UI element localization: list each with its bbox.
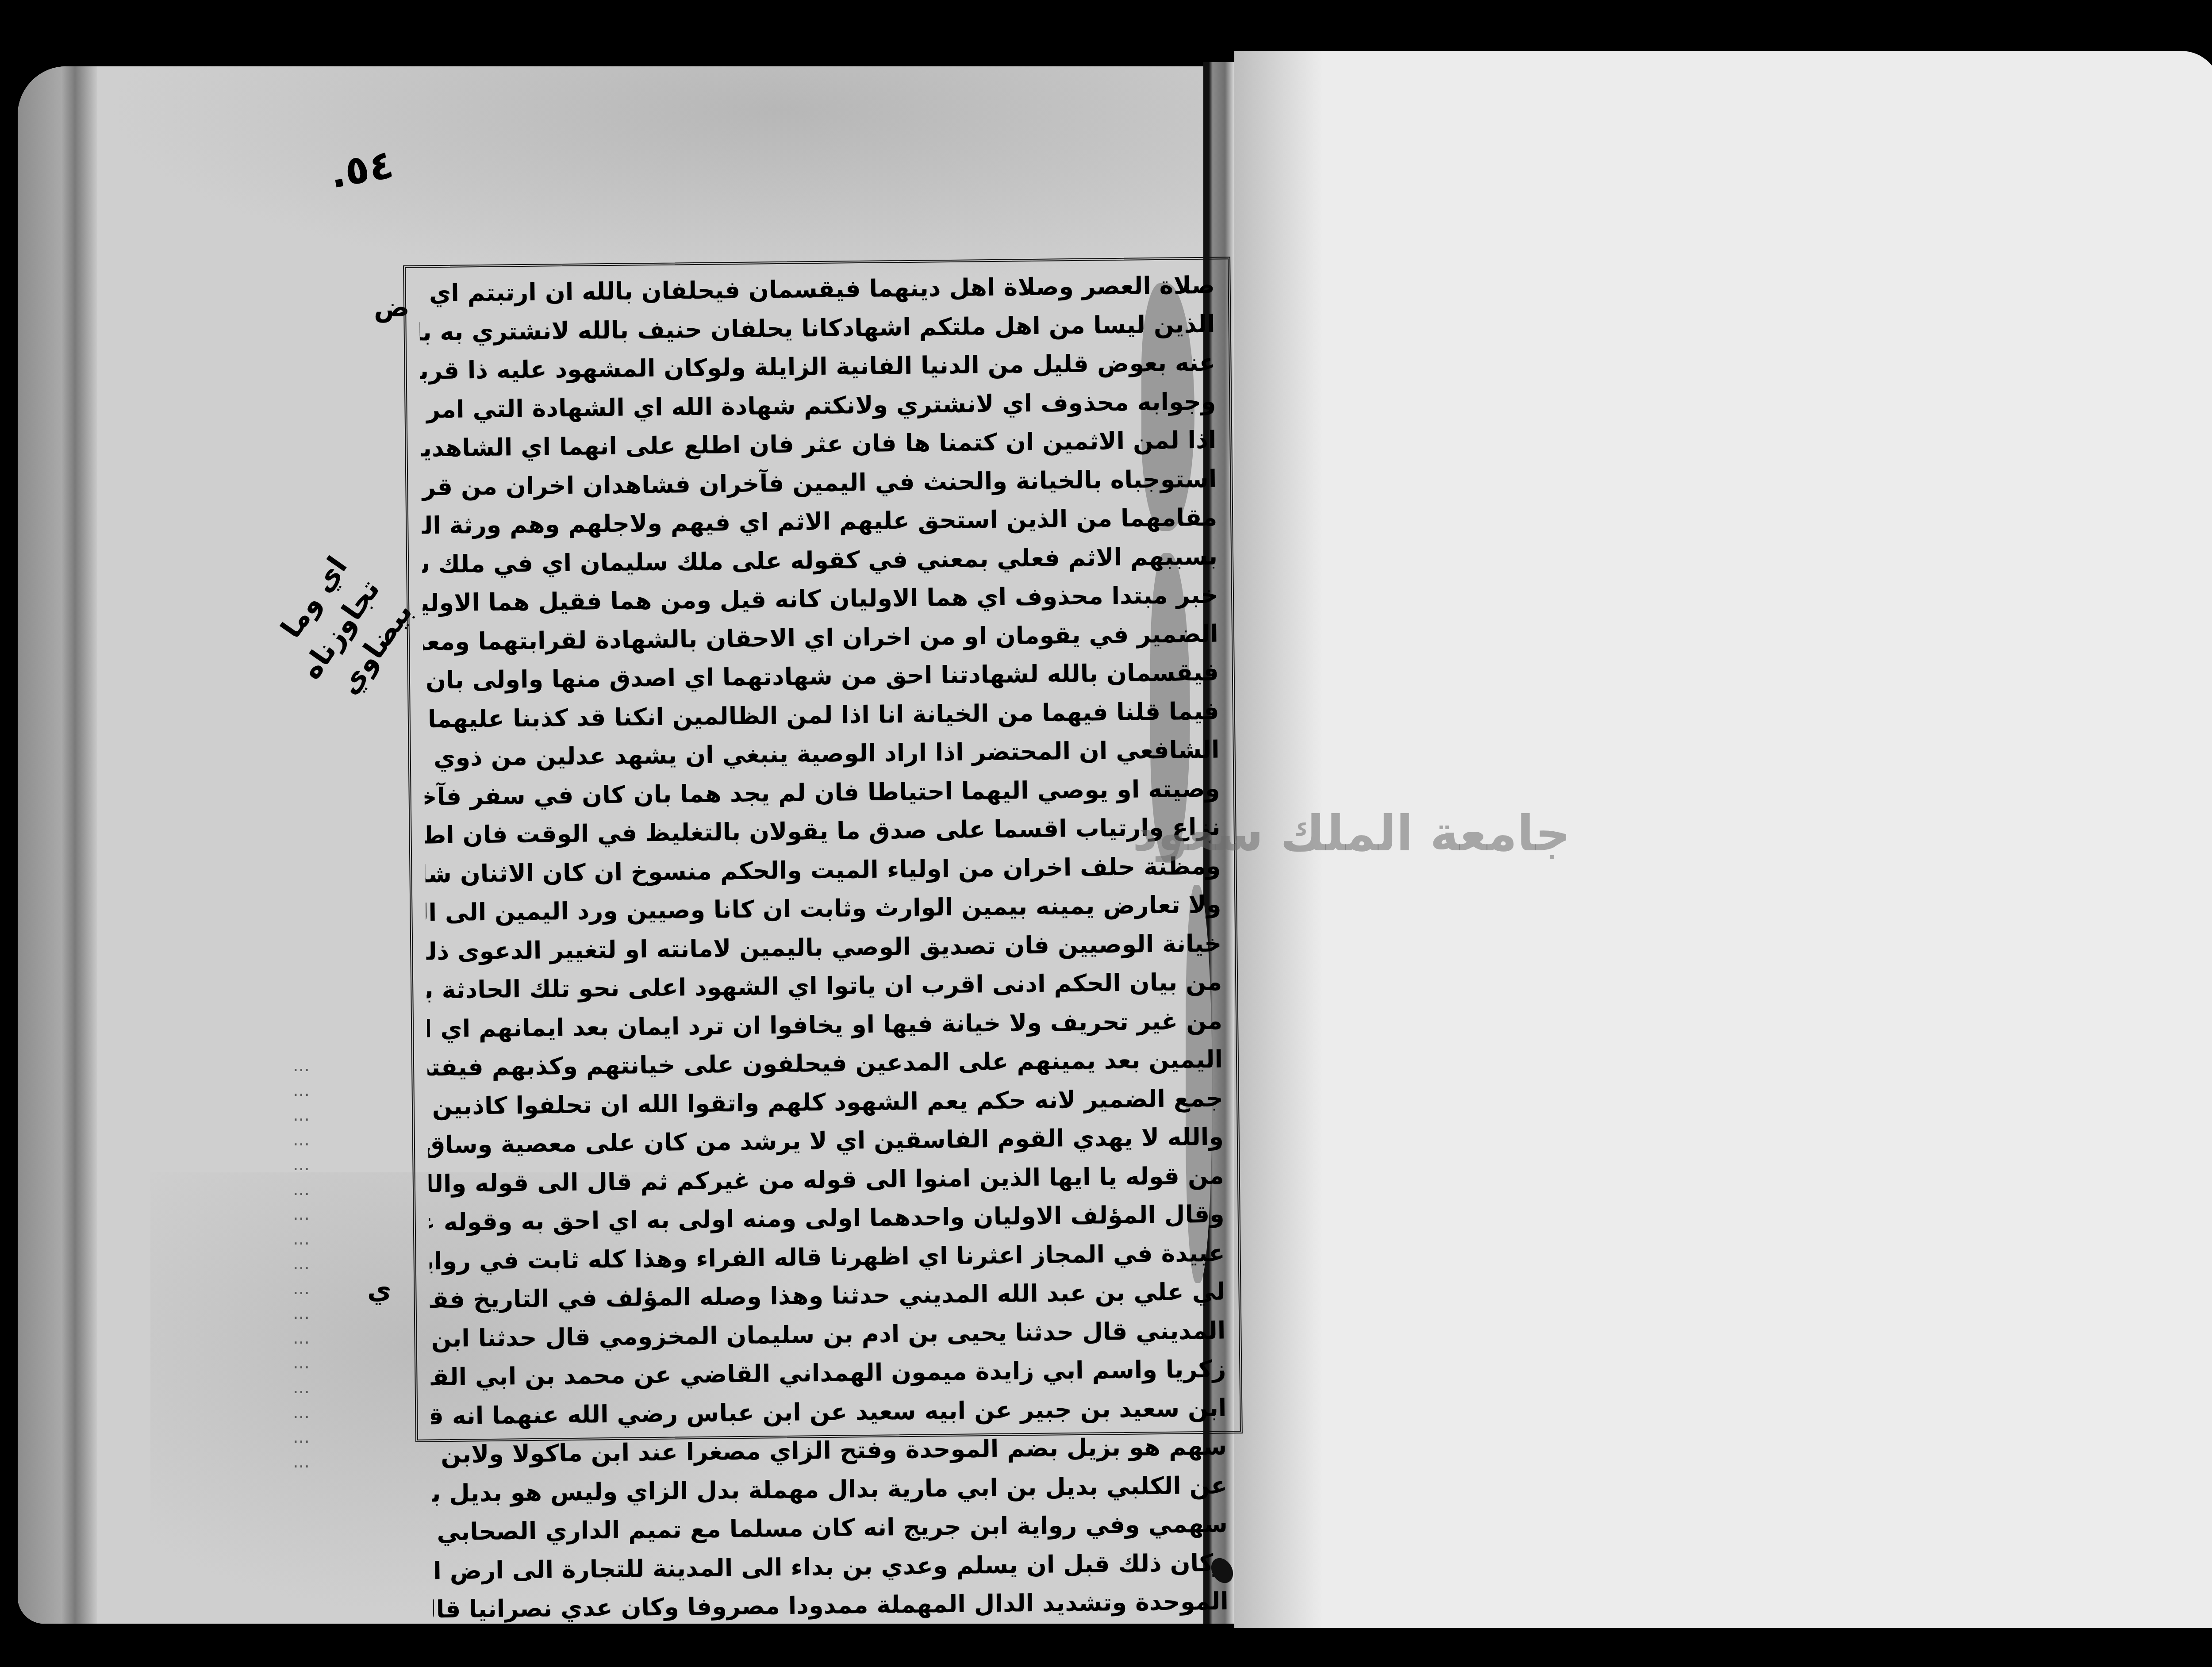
faint-note-line: … [133, 1202, 310, 1226]
faint-note-line: … [133, 1375, 310, 1400]
faint-note-line: … [133, 1152, 310, 1177]
manuscript-spread: ٥٤. ض اي وما تجاوزناه بيضاوي ي … … … … …… [0, 0, 2212, 1667]
left-page-edge-stain [18, 66, 97, 1624]
faint-note-line: … [133, 1325, 310, 1350]
faint-note-line: … [133, 1276, 310, 1301]
main-text-block: صلاة العصر وصلاة اهل دينهما فيقسمان فيحل… [403, 257, 1243, 1442]
faint-note-line: … [133, 1053, 310, 1078]
faint-note-line: … [133, 1078, 310, 1102]
faint-note-line: … [133, 1425, 310, 1449]
library-watermark: جامعة الملك سعود [1133, 805, 1571, 862]
faint-note-line: … [133, 1102, 310, 1127]
margin-notes-faint: … … … … … … … … … … … … … … … … … [133, 1053, 310, 1474]
faint-note-line: … [133, 1400, 310, 1425]
faint-note-line: … [133, 1177, 310, 1202]
faint-note-line: … [133, 1301, 310, 1325]
faint-note-line: … [133, 1226, 310, 1251]
faint-note-line: … [133, 1251, 310, 1276]
left-page-top-stain [106, 66, 1230, 288]
margin-correction-mark-bottom: ي [367, 1274, 392, 1305]
faint-note-line: … [133, 1449, 310, 1474]
faint-note-line: … [133, 1127, 310, 1152]
faint-note-line: … [133, 1350, 310, 1375]
